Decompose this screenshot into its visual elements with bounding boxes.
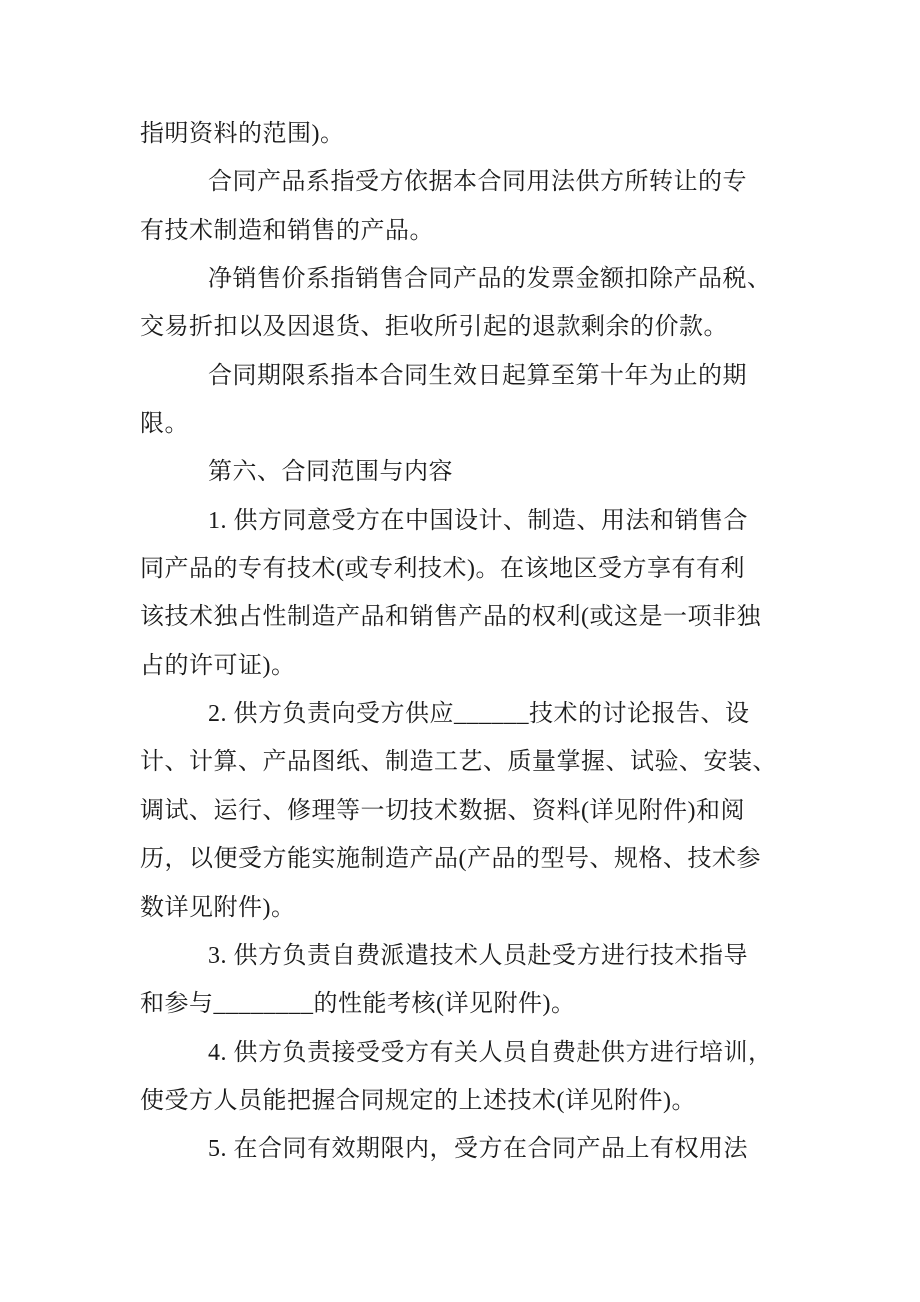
document-line: 和参与________的性能考核(详见附件)。: [140, 980, 880, 1028]
document-line: 净销售价系指销售合同产品的发票金额扣除产品税、: [140, 255, 880, 303]
document-line: 限。: [140, 400, 880, 448]
document-line: 调试、运行、修理等一切技术数据、资料(详见附件)和阅: [140, 787, 880, 835]
document-line: 第六、合同范围与内容: [140, 448, 880, 496]
document-page: 指明资料的范围)。合同产品系指受方依据本合同用法供方所转让的专有技术制造和销售的…: [0, 0, 920, 1302]
document-line: 计、计算、产品图纸、制造工艺、质量掌握、试验、安装、: [140, 738, 880, 786]
document-line: 2. 供方负责向受方供应______技术的讨论报告、设: [140, 690, 880, 738]
document-line: 数详见附件)。: [140, 884, 880, 932]
document-line: 同产品的专有技术(或专利技术)。在该地区受方享有有利: [140, 545, 880, 593]
document-line: 交易折扣以及因退货、拒收所引起的退款剩余的价款。: [140, 303, 880, 351]
document-line: 合同期限系指本合同生效日起算至第十年为止的期: [140, 352, 880, 400]
document-line: 该技术独占性制造产品和销售产品的权利(或这是一项非独: [140, 593, 880, 641]
document-line: 4. 供方负责接受受方有关人员自费赴供方进行培训，: [140, 1029, 880, 1077]
document-body: 指明资料的范围)。合同产品系指受方依据本合同用法供方所转让的专有技术制造和销售的…: [140, 110, 880, 1174]
document-line: 1. 供方同意受方在中国设计、制造、用法和销售合: [140, 497, 880, 545]
document-line: 指明资料的范围)。: [140, 110, 880, 158]
document-line: 历，以便受方能实施制造产品(产品的型号、规格、技术参: [140, 835, 880, 883]
document-line: 3. 供方负责自费派遣技术人员赴受方进行技术指导: [140, 932, 880, 980]
document-line: 占的许可证)。: [140, 642, 880, 690]
document-line: 5. 在合同有效期限内，受方在合同产品上有权用法: [140, 1125, 880, 1173]
document-line: 有技术制造和销售的产品。: [140, 207, 880, 255]
document-line: 合同产品系指受方依据本合同用法供方所转让的专: [140, 158, 880, 206]
document-line: 使受方人员能把握合同规定的上述技术(详见附件)。: [140, 1077, 880, 1125]
